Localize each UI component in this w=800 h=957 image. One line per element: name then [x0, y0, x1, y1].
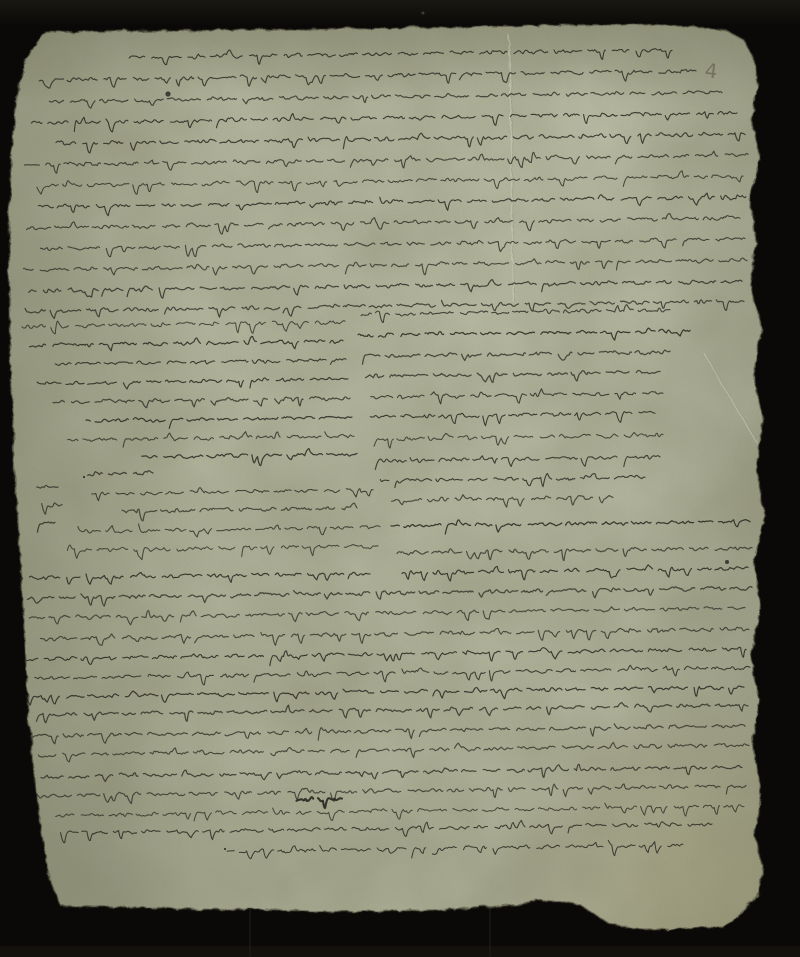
- backing-top-band: [0, 0, 800, 26]
- backing-bottom-strip: [0, 946, 800, 957]
- manuscript-scene: 4: [0, 0, 800, 957]
- manuscript-photo: 4: [0, 0, 800, 957]
- dust-specks: [422, 12, 425, 15]
